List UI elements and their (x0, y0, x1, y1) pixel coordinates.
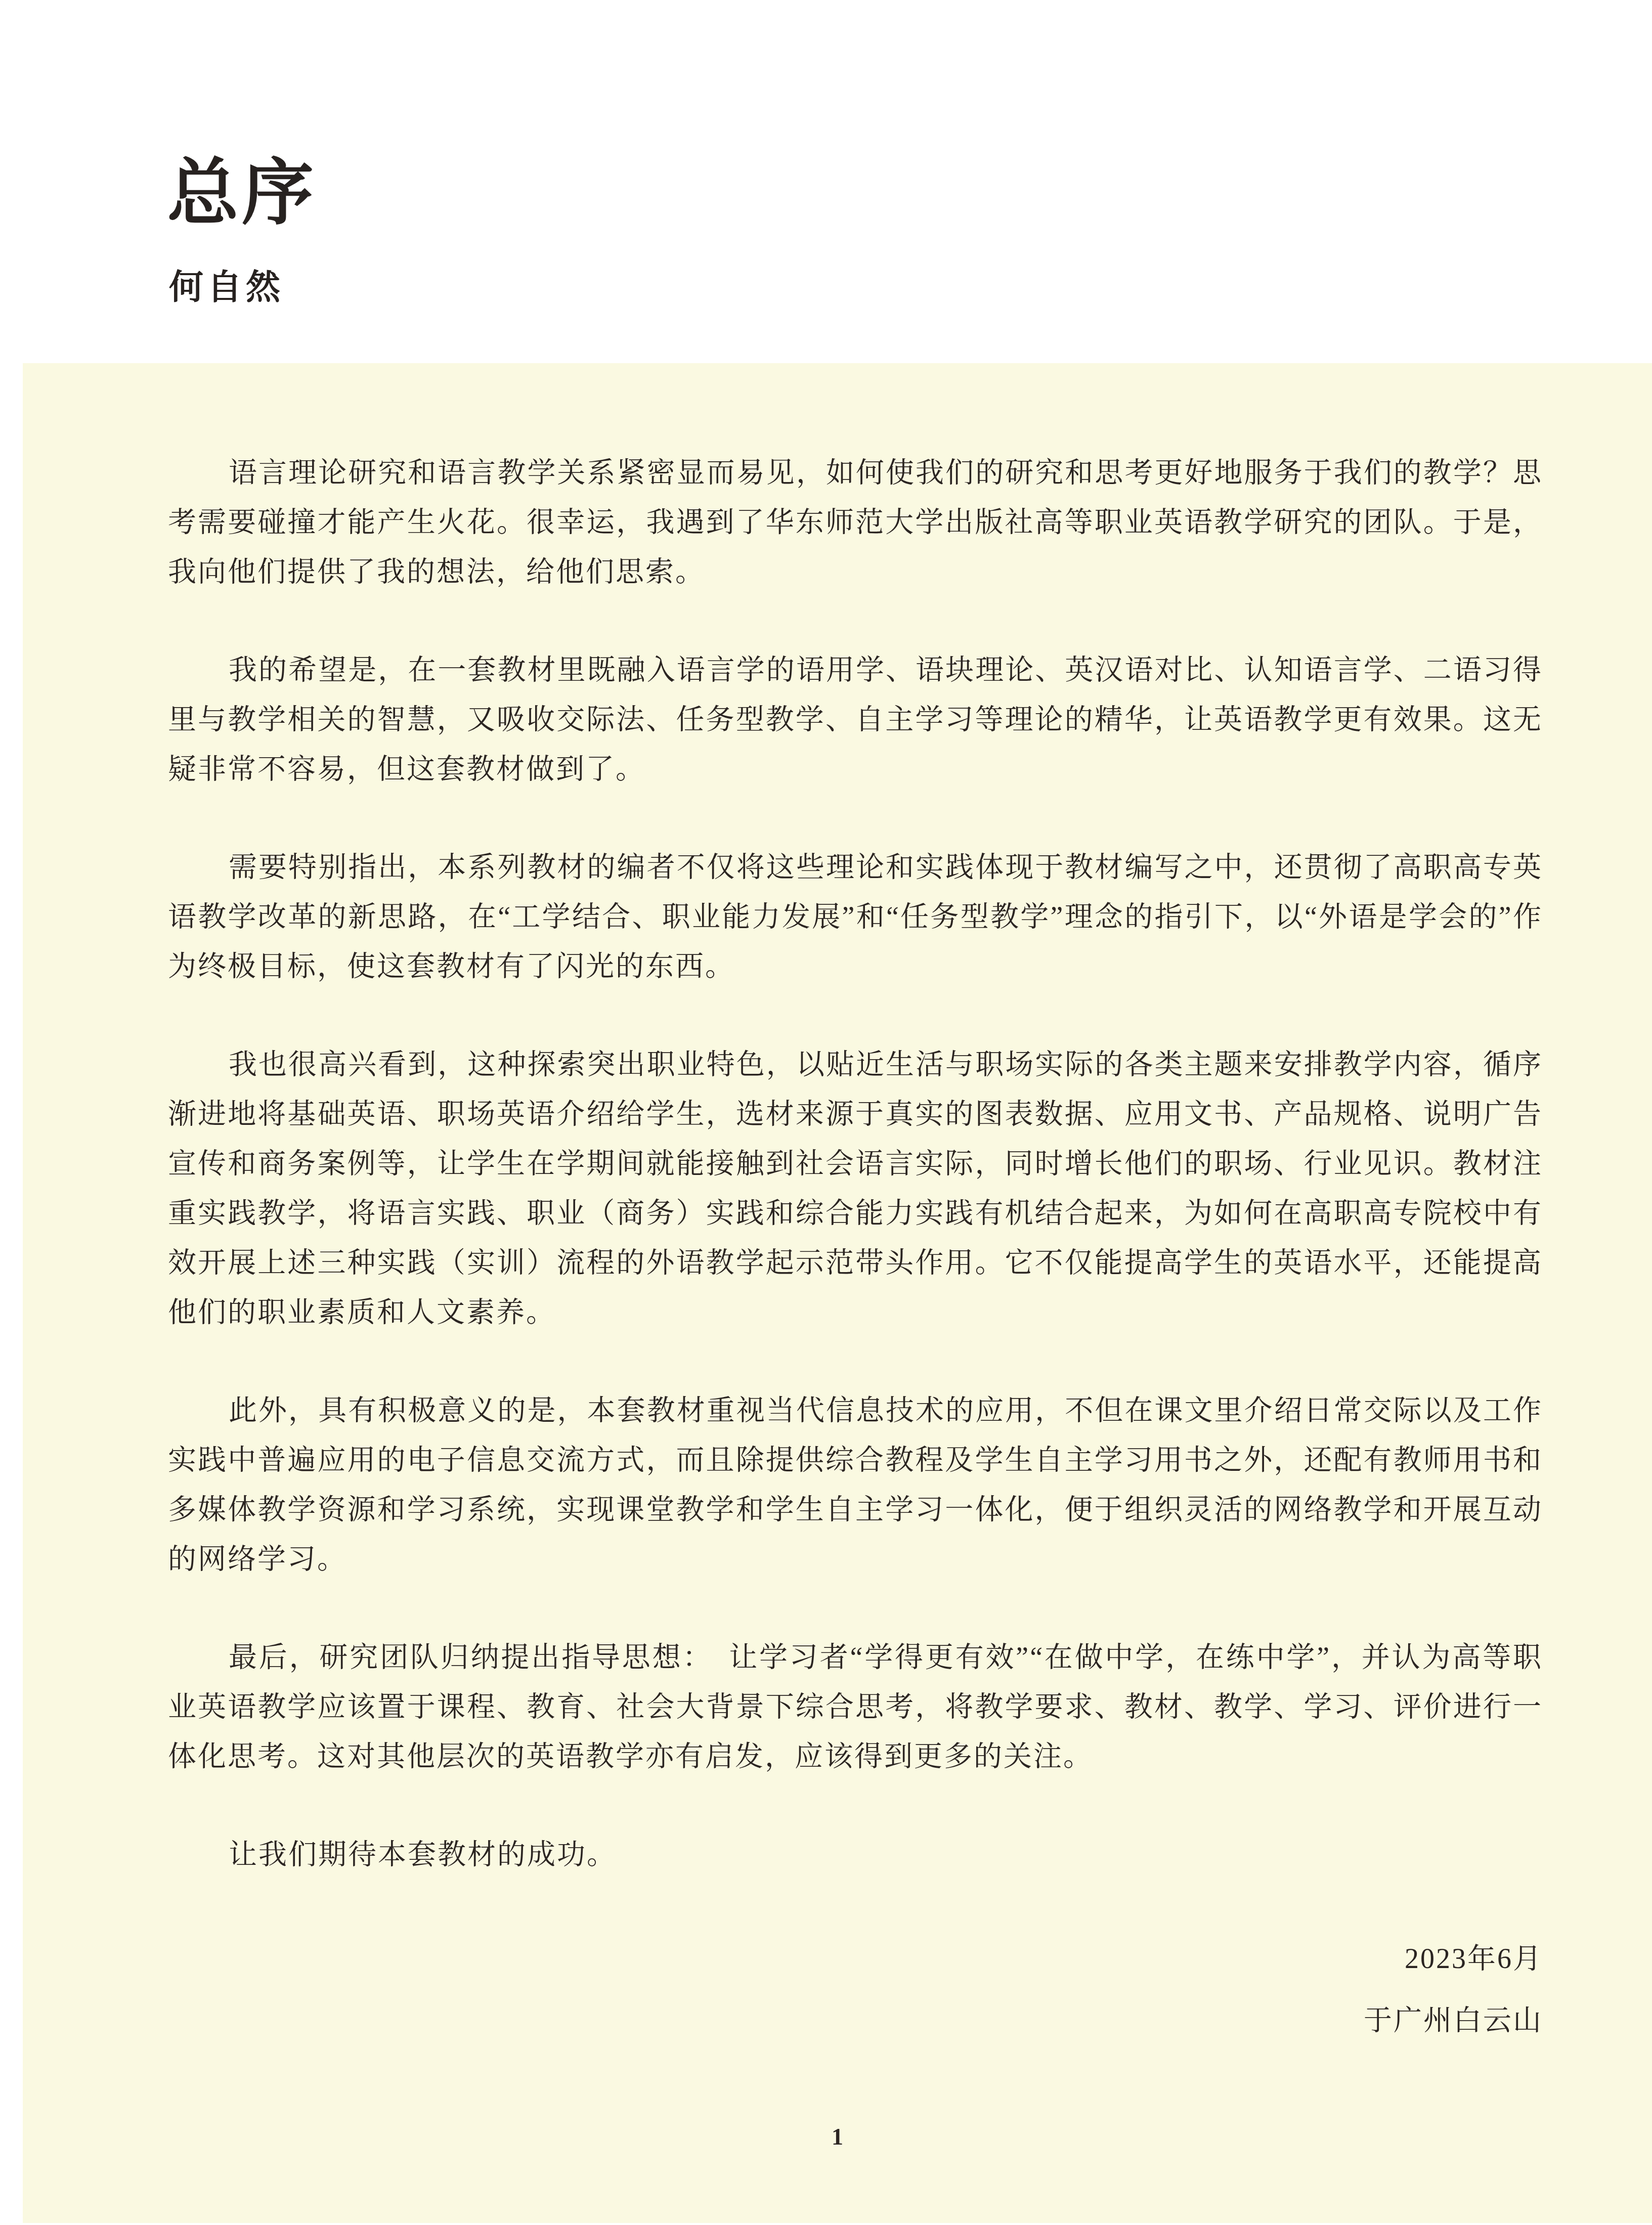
page-title: 总序 (167, 152, 317, 234)
signature-date: 2023年6月 (168, 1928, 1543, 1990)
signature-block: 2023年6月 于广州白云山 (168, 1928, 1543, 2052)
author-name: 何自然 (169, 267, 284, 309)
preface-body: 语言理论研究和语言教学关系紧密显而易见，如何使我们的研究和思考更好地服务于我们的… (168, 448, 1543, 2052)
paragraph-2: 我的希望是，在一套教材里既融入语言学的语用学、语块理论、英汉语对比、认知语言学、… (168, 645, 1543, 794)
page-number: 1 (23, 2122, 1652, 2152)
paragraph-1: 语言理论研究和语言教学关系紧密显而易见，如何使我们的研究和思考更好地服务于我们的… (168, 448, 1543, 597)
paragraph-6: 最后，研究团队归纳提出指导思想： 让学习者“学得更有效”“在做中学，在练中学”，… (168, 1633, 1543, 1781)
paragraph-5: 此外，具有积极意义的是，本套教材重视当代信息技术的应用，不但在课文里介绍日常交际… (168, 1386, 1543, 1584)
signature-place: 于广州白云山 (168, 1990, 1543, 2052)
paragraph-4: 我也很高兴看到，这种探索突出职业特色，以贴近生活与职场实际的各类主题来安排教学内… (168, 1040, 1543, 1337)
content-panel: 语言理论研究和语言教学关系紧密显而易见，如何使我们的研究和思考更好地服务于我们的… (23, 363, 1652, 2223)
paragraph-3: 需要特别指出，本系列教材的编者不仅将这些理论和实践体现于教材编写之中，还贯彻了高… (168, 843, 1543, 991)
paragraph-7: 让我们期待本套教材的成功。 (168, 1830, 1543, 1880)
preface-page: 总序 何自然 语言理论研究和语言教学关系紧密显而易见，如何使我们的研究和思考更好… (0, 0, 1652, 2225)
